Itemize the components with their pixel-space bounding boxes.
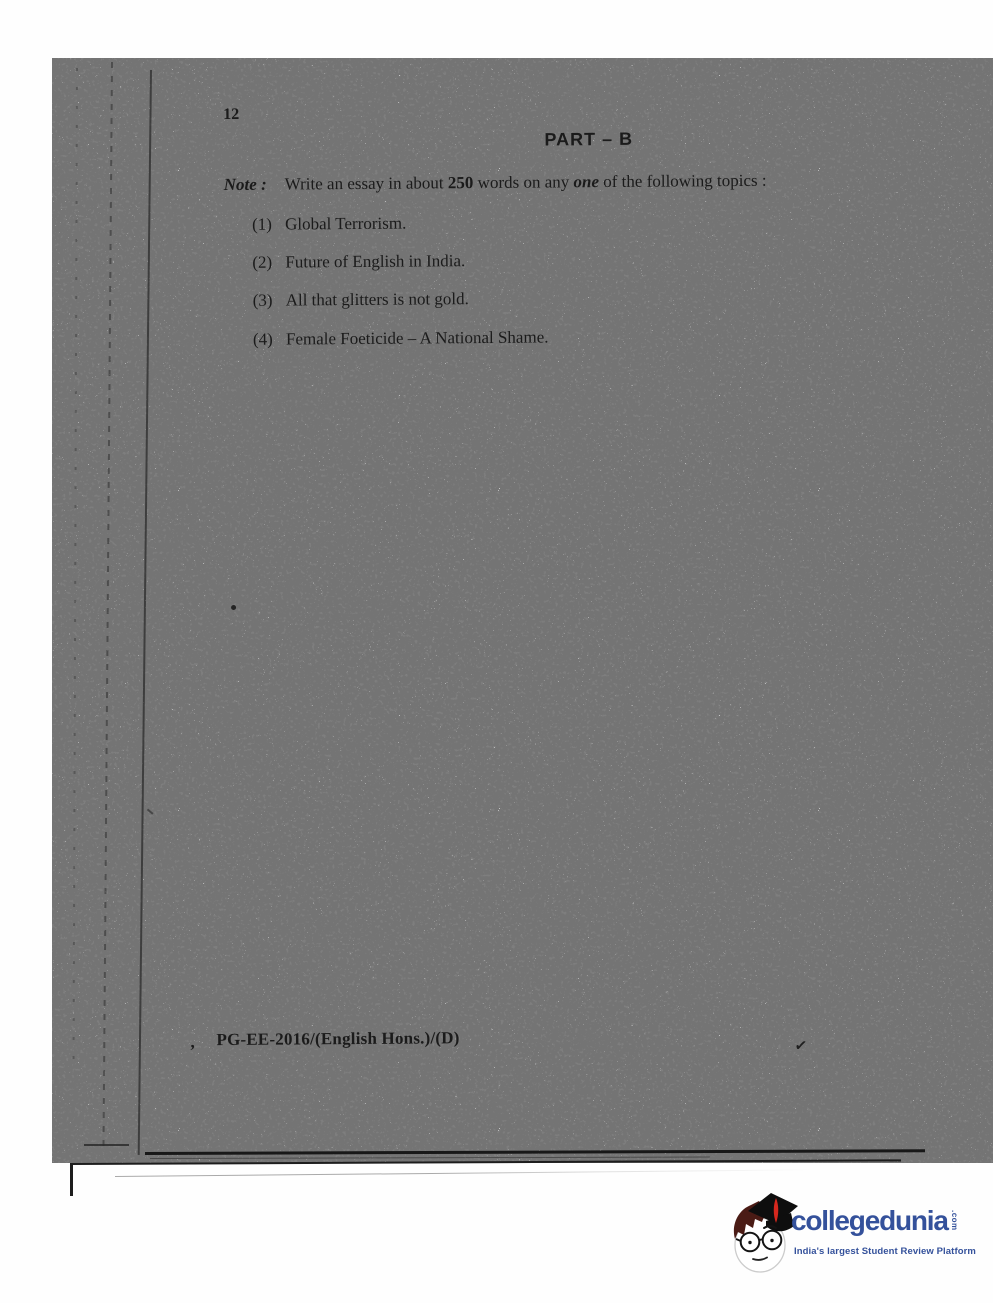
ink-speck-dot [231, 605, 236, 610]
note-word-count: 250 [448, 173, 474, 192]
brand-wordmark: collegedunia .com [791, 1207, 958, 1235]
topic-number: (4) [253, 330, 273, 350]
note-label: Note : [224, 175, 285, 195]
note-emphasis-one: one [573, 172, 599, 191]
collegedunia-logo: collegedunia .com India's largest Studen… [713, 1189, 993, 1299]
topic-text: Global Terrorism. [285, 214, 406, 235]
topic-number: (3) [253, 291, 273, 311]
topic-text: All that glitters is not gold. [286, 289, 469, 310]
page-number: 12 [223, 106, 239, 124]
topic-item-3: (3) All that glitters is not gold. [0, 285, 991, 293]
brand-domain-suffix: .com [950, 1210, 958, 1231]
note-text-seg3: words on any [473, 172, 573, 192]
topic-item-4: (4) Female Foeticide – A National Shame. [0, 324, 991, 332]
stray-ink-tick: ✓ [793, 1036, 808, 1056]
ink-speck-dash [147, 809, 154, 815]
topic-item-2: (2) Future of English in India. [0, 247, 990, 255]
topic-number: (2) [252, 253, 272, 273]
note-text-seg5: of the following topics : [599, 171, 767, 191]
faint-scan-line [115, 1169, 815, 1177]
note-text-seg1: Write an essay in about [285, 173, 448, 193]
scanned-exam-page: 12 PART – B Note :Write an essay in abou… [0, 0, 993, 1303]
topic-item-1: (1) Global Terrorism. [0, 209, 990, 217]
brand-tagline: India's largest Student Review Platform [794, 1246, 976, 1257]
page-edge-segment [84, 1144, 129, 1146]
topic-text: Female Foeticide – A National Shame. [286, 327, 549, 349]
underlying-page-corner [70, 1163, 73, 1196]
topic-text: Future of English in India. [285, 251, 465, 272]
document-content: 12 PART – B Note :Write an essay in abou… [0, 0, 993, 1162]
part-heading: PART – B [544, 129, 633, 151]
topic-number: (1) [252, 215, 272, 235]
stray-ink-mark: , [190, 1032, 194, 1052]
brand-name: collegedunia [791, 1207, 948, 1235]
paper-code-footer: PG-EE-2016/(English Hons.)/(D) [216, 1028, 459, 1050]
note-instruction: Note :Write an essay in about 250 words … [224, 171, 767, 195]
page-bottom-edge-shadow [150, 1157, 710, 1159]
